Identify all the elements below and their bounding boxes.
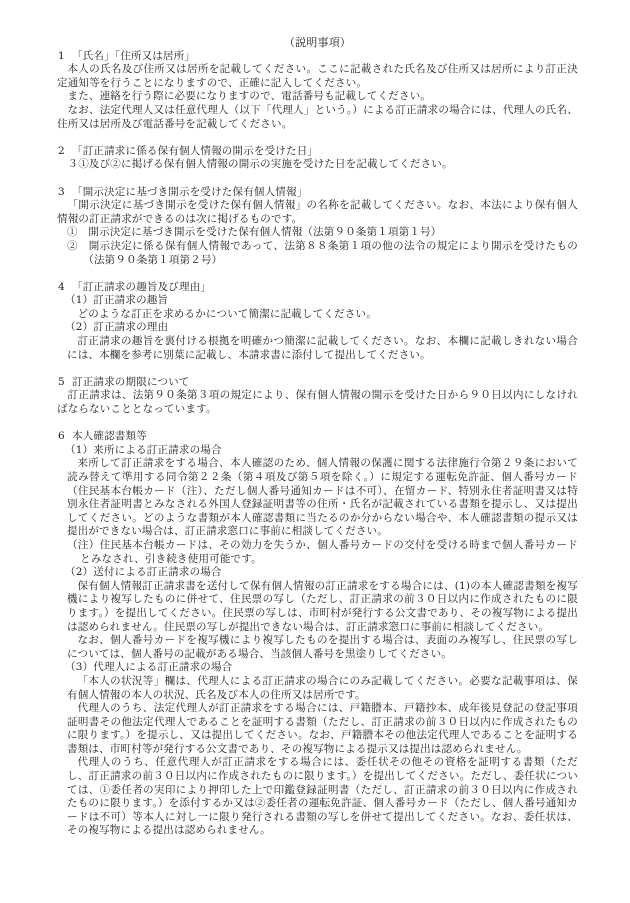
sub-paragraph: 来所して訂正請求をする場合、本人確認のため、個人情報の保護に関する法律施行令第２… — [67, 457, 578, 539]
document-title: （説明事項） — [57, 36, 578, 50]
section-number: 4 — [58, 281, 65, 295]
section-1: 1「氏名」「住所又は居所」本人の氏名及び住所又は居所を記載してください。ここに記… — [57, 50, 578, 132]
sub-heading: （1）来所による訂正請求の場合 — [65, 444, 578, 458]
section-heading-row: 1「氏名」「住所又は居所」 — [57, 50, 578, 64]
sections-container: 1「氏名」「住所又は居所」本人の氏名及び住所又は居所を記載してください。ここに記… — [57, 50, 578, 838]
sub-paragraph: なお、個人番号カードを複写機により複写したものを提出する場合は、表面のみ複写し、… — [67, 634, 578, 661]
numbered-item: ② 開示決定に係る保有個人情報であって、法第８８条第１項の他の法令の規定により開… — [67, 240, 578, 267]
sub-heading: （2）送付による訂正請求の場合 — [65, 566, 578, 580]
section-5: 5訂正請求の期限について訂正請求は、法第９０条第３項の規定により、保有個人情報の… — [57, 376, 578, 417]
section-number: 5 — [58, 376, 65, 390]
paragraph: ３①及び②に掲げる保有個人情報の開示の実施を受けた日を記載してください。 — [57, 158, 578, 172]
section-number: 3 — [58, 186, 65, 200]
paragraph: 「開示決定に基づき開示を受けた保有個人情報」の名称を記載してください。なお、本法… — [57, 199, 578, 226]
section-2: 2「訂正請求に係る保有個人情報の開示を受けた日」３①及び②に掲げる保有個人情報の… — [57, 145, 578, 172]
document-page: （説明事項） 1「氏名」「住所又は居所」本人の氏名及び住所又は居所を記載してくだ… — [0, 0, 630, 903]
paragraph: また、連絡を行う際に必要になりますので、電話番号も記載してください。 — [57, 90, 578, 104]
section-heading-row: 4「訂正請求の趣旨及び理由」 — [57, 281, 578, 295]
sub-heading: （1）訂正請求の趣旨 — [65, 294, 578, 308]
section-heading-row: 2「訂正請求に係る保有個人情報の開示を受けた日」 — [57, 145, 578, 159]
section-heading-row: 6本人確認書類等 — [57, 430, 578, 444]
note: （注）住民基本台帳カードは、その効力を失うか、個人番号カードの交付を受ける時まで… — [67, 539, 578, 566]
paragraph: 本人の氏名及び住所又は居所を記載してください。ここに記載された氏名及び住所又は居… — [57, 63, 578, 90]
sub-paragraph: 代理人のうち、法定代理人が訂正請求をする場合には、戸籍謄本、戸籍抄本、成年後見登… — [67, 702, 578, 756]
section-heading: 「訂正請求の趣旨及び理由」 — [72, 281, 211, 293]
section-heading-row: 3「開示決定に基づき開示を受けた保有個人情報」 — [57, 186, 578, 200]
section-4: 4「訂正請求の趣旨及び理由」（1）訂正請求の趣旨どのような訂正を求めるかについて… — [57, 281, 578, 363]
section-heading: 「氏名」「住所又は居所」 — [72, 50, 195, 62]
numbered-item: ① 開示決定に基づき開示を受けた保有個人情報（法第９０条第１項第１号） — [67, 226, 578, 240]
section-6: 6本人確認書類等（1）来所による訂正請求の場合来所して訂正請求をする場合、本人確… — [57, 430, 578, 838]
sub-paragraph: 保有個人情報訂正請求書を送付して保有個人情報の訂正請求をする場合には、(1)の本… — [67, 580, 578, 634]
section-heading: 「開示決定に基づき開示を受けた保有個人情報」 — [72, 186, 307, 198]
section-heading: 訂正請求の期限について — [72, 376, 190, 388]
sub-heading: （2）訂正請求の理由 — [65, 321, 578, 335]
paragraph: なお、法定代理人又は任意代理人（以下「代理人」という。）による訂正請求の場合には… — [57, 104, 578, 131]
section-number: 1 — [58, 50, 65, 64]
section-number: 6 — [58, 430, 65, 444]
sub-paragraph: 「本人の状況等」欄は、代理人による訂正請求の場合にのみ記載してください。必要な記… — [67, 675, 578, 702]
paragraph: 訂正請求は、法第９０条第３項の規定により、保有個人情報の開示を受けた日から９０日… — [57, 389, 578, 416]
section-heading: 「訂正請求に係る保有個人情報の開示を受けた日」 — [72, 145, 318, 157]
section-heading: 本人確認書類等 — [72, 430, 147, 442]
sub-heading: （3）代理人による訂正請求の場合 — [65, 661, 578, 675]
section-3: 3「開示決定に基づき開示を受けた保有個人情報」「開示決定に基づき開示を受けた保有… — [57, 186, 578, 268]
section-heading-row: 5訂正請求の期限について — [57, 376, 578, 390]
sub-paragraph: 代理人のうち、任意代理人が訂正請求をする場合には、委任状その他その資格を証明する… — [67, 756, 578, 838]
sub-paragraph: どのような訂正を求めるかについて簡潔に記載してください。 — [67, 308, 578, 322]
section-number: 2 — [58, 145, 65, 159]
sub-paragraph: 訂正請求の趣旨を裏付ける根拠を明確かつ簡潔に記載してください。なお、本欄に記載し… — [67, 335, 578, 362]
